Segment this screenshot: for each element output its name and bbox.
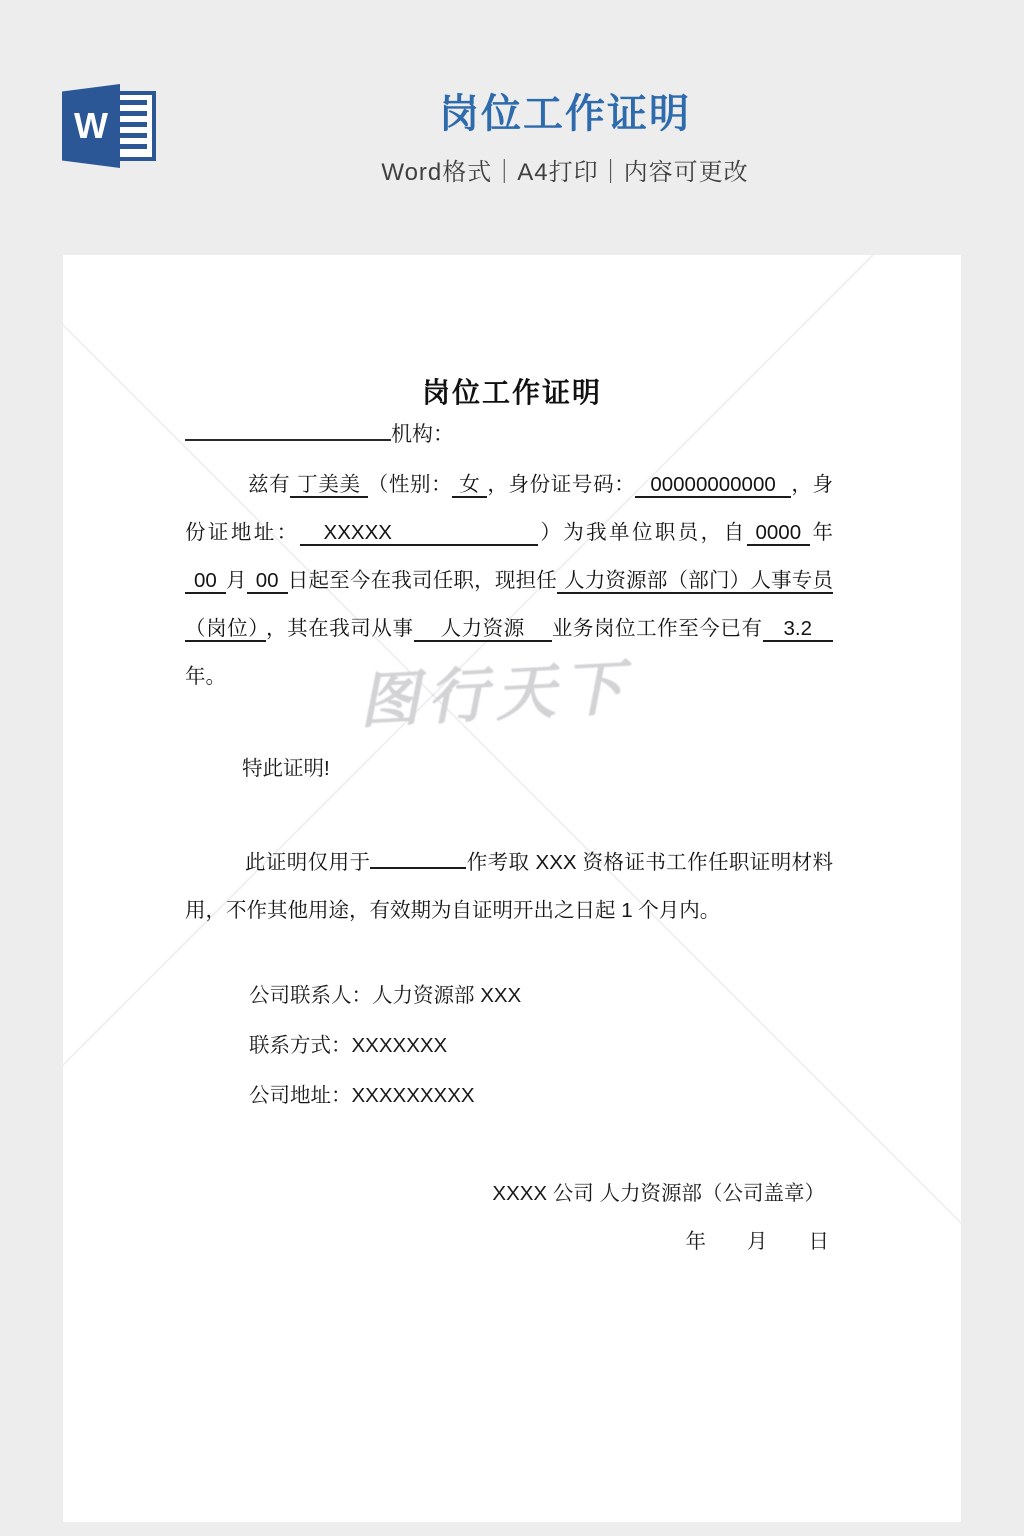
org-label: 机构： (391, 423, 454, 446)
signature-company-line: XXXX 公司 人力资源部（公司盖章） (185, 1179, 833, 1209)
paragraph-main: 兹有丁美美（性别：女，身份证号码：00000000000，身份证地址：XXXXX… (185, 461, 833, 701)
template-subtitle: Word格式｜A4打印｜内容可更改 (106, 152, 1024, 187)
template-title: 岗位工作证明 (106, 92, 1024, 136)
filled-blank-id-address: XXXXX (300, 521, 538, 546)
header-text-block: 岗位工作证明 Word格式｜A4打印｜内容可更改 (0, 92, 1024, 187)
text-segment: 年。 (185, 665, 226, 688)
contact-block: 公司联系人：人力资源部 XXX 联系方式：XXXXXXX 公司地址：XXXXXX… (185, 971, 833, 1121)
text-segment: 日起至今在我司任职，现担任 (288, 569, 557, 592)
filled-blank-day: 00 (247, 569, 288, 594)
paragraph-usage: 此证明仅用于作考取 XXX 资格证书工作任职证明材料用，不作其他用途，有效期为自… (185, 839, 833, 935)
text-segment: （性别： (368, 473, 453, 496)
contact-method-line: 联系方式：XXXXXXX (185, 1021, 833, 1071)
filled-blank-id-number: 00000000000 (635, 473, 790, 498)
hereby-certify-line: 特此证明! (185, 753, 330, 785)
text-segment: 兹有 (248, 473, 290, 496)
org-line: 机构： (185, 419, 454, 451)
blank-underline-usage (370, 847, 466, 869)
document-title: 岗位工作证明 (63, 371, 961, 411)
filled-blank-month: 00 (185, 569, 226, 594)
filled-blank-year: 0000 (747, 521, 811, 546)
text-segment: ，身份证号码： (487, 473, 635, 496)
text-segment: ）为我单位职员，自 (538, 521, 747, 544)
template-header: W 岗位工作证明 Word格式｜A4打印｜内容可更改 (0, 0, 1024, 255)
text-segment: ，其在我司从事 (266, 617, 414, 640)
filled-blank-gender: 女 (452, 473, 487, 498)
signature-date-line: 年 月 日 (185, 1227, 833, 1257)
document-page: 图行天下 岗位工作证明 机构： 兹有丁美美（性别：女，身份证号码：0000000… (63, 255, 961, 1522)
text-segment: 年 (810, 521, 833, 544)
filled-blank-name: 丁美美 (290, 473, 367, 498)
text-segment: 业务岗位工作至今已有 (552, 617, 763, 640)
contact-person-line: 公司联系人：人力资源部 XXX (185, 971, 833, 1021)
text-segment: 此证明仅用于 (245, 851, 370, 874)
filled-blank-business: 人力资源 (414, 617, 552, 642)
company-address-line: 公司地址：XXXXXXXXX (185, 1071, 833, 1121)
blank-underline-org (185, 419, 391, 441)
filled-blank-years: 3.2 (763, 617, 834, 642)
text-segment: 月 (226, 569, 247, 592)
